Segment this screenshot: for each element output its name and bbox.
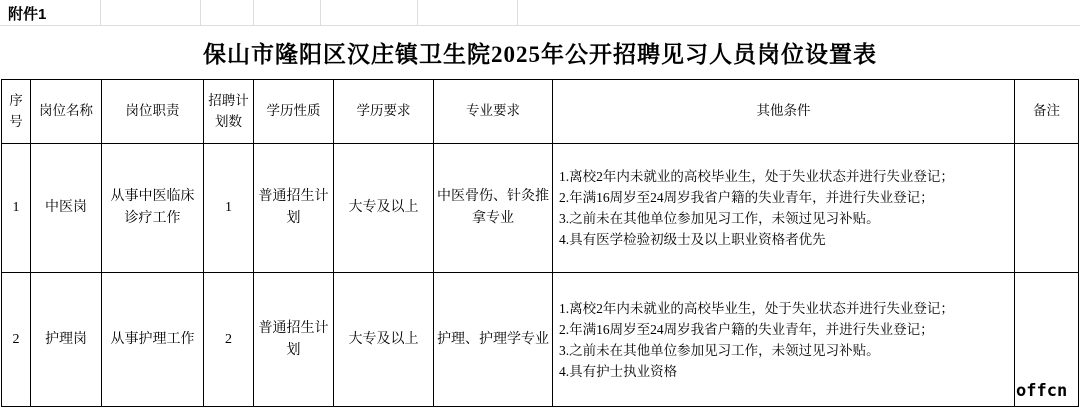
cell-education-type: 普通招生计划 <box>254 144 334 273</box>
table-row: 1 中医岗 从事中医临床诊疗工作 1 普通招生计划 大专及以上 中医骨伤、针灸推… <box>2 144 1079 273</box>
page: { "attachment": { "label": "附件1" }, "wat… <box>0 0 1080 409</box>
cell-education-requirement: 大专及以上 <box>334 273 434 407</box>
header-row: 序号 岗位名称 岗位职责 招聘计划数 学历性质 学历要求 专业要求 其他条件 备… <box>2 80 1079 144</box>
cell-education-requirement: 大专及以上 <box>334 144 434 273</box>
col-header-duties: 岗位职责 <box>102 80 204 144</box>
cell-seq: 1 <box>2 144 31 273</box>
faint-gridline-vertical <box>517 0 518 25</box>
faint-gridline-vertical <box>200 0 201 25</box>
cell-plan-count: 2 <box>204 273 254 407</box>
condition-line: 4.具有医学检验初级士及以上职业资格者优先 <box>559 229 1008 250</box>
faint-gridline-vertical <box>100 0 101 25</box>
faint-gridline-vertical <box>417 0 418 25</box>
col-header-education-type: 学历性质 <box>254 80 334 144</box>
attachment-label: 附件1 <box>8 3 46 24</box>
condition-line: 1.离校2年内未就业的高校毕业生，处于失业状态并进行失业登记； <box>559 166 1008 187</box>
cell-post-name: 中医岗 <box>31 144 102 273</box>
col-header-plan-count: 招聘计划数 <box>204 80 254 144</box>
col-header-post-name: 岗位名称 <box>31 80 102 144</box>
col-header-other-conditions: 其他条件 <box>553 80 1015 144</box>
cell-other-conditions: 1.离校2年内未就业的高校毕业生，处于失业状态并进行失业登记； 2.年满16周岁… <box>553 273 1015 407</box>
faint-gridline-vertical <box>253 0 254 25</box>
cell-duties: 从事中医临床诊疗工作 <box>102 144 204 273</box>
cell-seq: 2 <box>2 273 31 407</box>
faint-gridline-vertical <box>320 0 321 25</box>
condition-line: 1.离校2年内未就业的高校毕业生，处于失业状态并进行失业登记； <box>559 298 1008 319</box>
post-table: 序号 岗位名称 岗位职责 招聘计划数 学历性质 学历要求 专业要求 其他条件 备… <box>1 79 1079 407</box>
col-header-education-requirement: 学历要求 <box>334 80 434 144</box>
cell-major-requirement: 护理、护理学专业 <box>434 273 553 407</box>
condition-line: 2.年满16周岁至24周岁我省户籍的失业青年，并进行失业登记； <box>559 319 1008 340</box>
condition-line: 4.具有护士执业资格 <box>559 361 1008 382</box>
condition-line: 3.之前未在其他单位参加见习工作，未领过见习补贴。 <box>559 340 1008 361</box>
cell-remark <box>1015 144 1079 273</box>
cell-plan-count: 1 <box>204 144 254 273</box>
col-header-major-requirement: 专业要求 <box>434 80 553 144</box>
condition-line: 3.之前未在其他单位参加见习工作，未领过见习补贴。 <box>559 208 1008 229</box>
col-header-remark: 备注 <box>1015 80 1079 144</box>
offcn-watermark: offcn <box>1016 381 1067 401</box>
condition-line: 2.年满16周岁至24周岁我省户籍的失业青年，并进行失业登记； <box>559 187 1008 208</box>
table-row: 2 护理岗 从事护理工作 2 普通招生计划 大专及以上 护理、护理学专业 1.离… <box>2 273 1079 407</box>
cell-major-requirement: 中医骨伤、针灸推拿专业 <box>434 144 553 273</box>
cell-education-type: 普通招生计划 <box>254 273 334 407</box>
cell-duties: 从事护理工作 <box>102 273 204 407</box>
page-title: 保山市隆阳区汉庄镇卫生院2025年公开招聘见习人员岗位设置表 <box>0 25 1080 79</box>
col-header-seq: 序号 <box>2 80 31 144</box>
cell-other-conditions: 1.离校2年内未就业的高校毕业生，处于失业状态并进行失业登记； 2.年满16周岁… <box>553 144 1015 273</box>
cell-post-name: 护理岗 <box>31 273 102 407</box>
